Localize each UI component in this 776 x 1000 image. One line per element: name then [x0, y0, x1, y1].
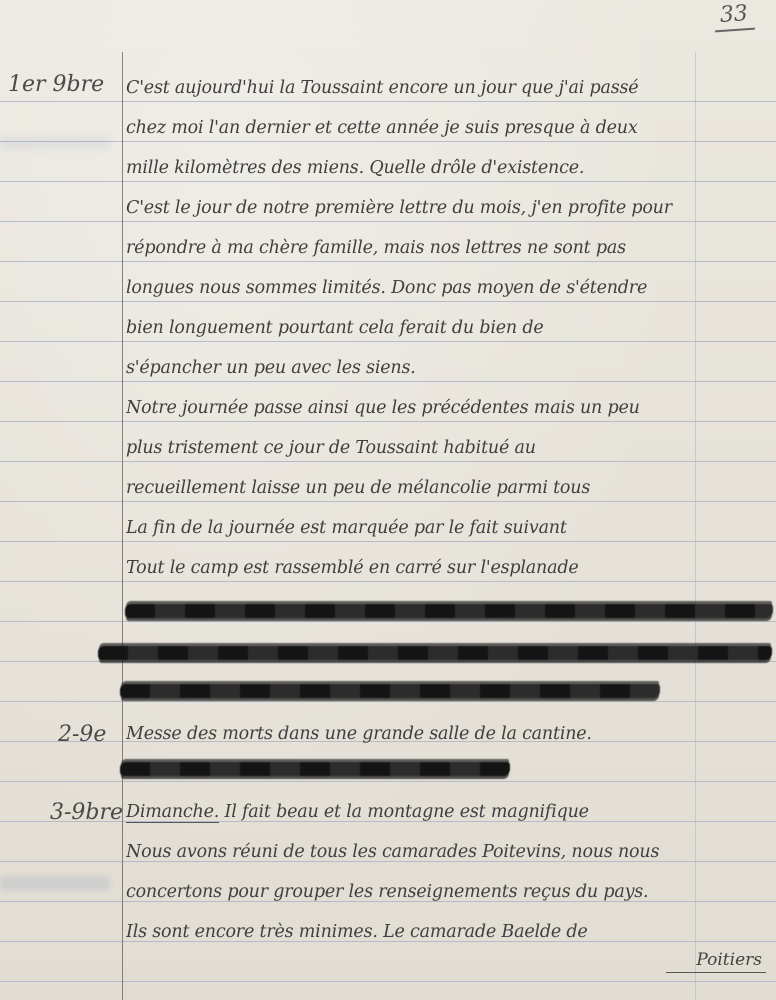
redaction-mark: [120, 762, 510, 776]
entry-date: 1er 9bre: [8, 72, 116, 97]
ruled-line: [0, 781, 776, 782]
ruled-line: [0, 421, 776, 422]
text-line: Nous avons réuni de tous les camarades P…: [126, 840, 771, 864]
text-line: Ils sont encore très minimes. Le camarad…: [126, 920, 771, 944]
paper-stain: [0, 136, 110, 150]
text-line: mille kilomètres des miens. Quelle drôle…: [126, 156, 771, 180]
text-line: La fin de la journée est marquée par le …: [126, 516, 771, 540]
ruled-line: [0, 541, 776, 542]
page-number: 33: [713, 1, 755, 33]
ruled-line: [0, 461, 776, 462]
text-line: Notre journée passe ainsi que les précéd…: [126, 396, 771, 420]
ruled-line: [0, 701, 776, 702]
text-line: s'épancher un peu avec les siens.: [126, 356, 771, 380]
text-line: Dimanche. Il fait beau et la montagne es…: [126, 800, 771, 824]
ruled-line: [0, 581, 776, 582]
ruled-line: [0, 101, 776, 102]
manuscript-page: 33 1er 9bre C'est aujourd'hui la Toussai…: [0, 0, 776, 1000]
text-line-rest: Il fait beau et la montagne est magnifiq…: [225, 802, 589, 822]
ruled-line: [0, 221, 776, 222]
underlined-word: Dimanche.: [126, 802, 219, 823]
text-line: Messe des morts dans une grande salle de…: [126, 722, 771, 746]
text-line: chez moi l'an dernier et cette année je …: [126, 116, 771, 140]
redaction-mark: [120, 684, 660, 698]
catchword: Poitiers: [666, 950, 766, 973]
ruled-line: [0, 981, 776, 982]
text-line: C'est le jour de notre première lettre d…: [126, 196, 771, 220]
text-line: C'est aujourd'hui la Toussaint encore un…: [126, 76, 771, 100]
ruled-line: [0, 181, 776, 182]
ruled-line: [0, 141, 776, 142]
paper-stain: [0, 876, 110, 890]
text-line: plus tristement ce jour de Toussaint hab…: [126, 436, 771, 460]
text-line: Tout le camp est rassemblé en carré sur …: [126, 556, 771, 580]
ruled-line: [0, 381, 776, 382]
text-line: répondre à ma chère famille, mais nos le…: [126, 236, 771, 260]
redaction-mark: [98, 646, 772, 660]
text-line: recueillement laisse un peu de mélancoli…: [126, 476, 771, 500]
margin-line: [122, 52, 123, 1000]
text-line: concertons pour grouper les renseignemen…: [126, 880, 771, 904]
ruled-line: [0, 301, 776, 302]
redaction-mark: [125, 604, 773, 618]
text-line: longues nous sommes limités. Donc pas mo…: [126, 276, 771, 300]
ruled-line: [0, 501, 776, 502]
ruled-line: [0, 341, 776, 342]
ruled-line: [0, 261, 776, 262]
text-line: bien longuement pourtant cela ferait du …: [126, 316, 771, 340]
ruled-line: [0, 621, 776, 622]
ruled-line: [0, 661, 776, 662]
